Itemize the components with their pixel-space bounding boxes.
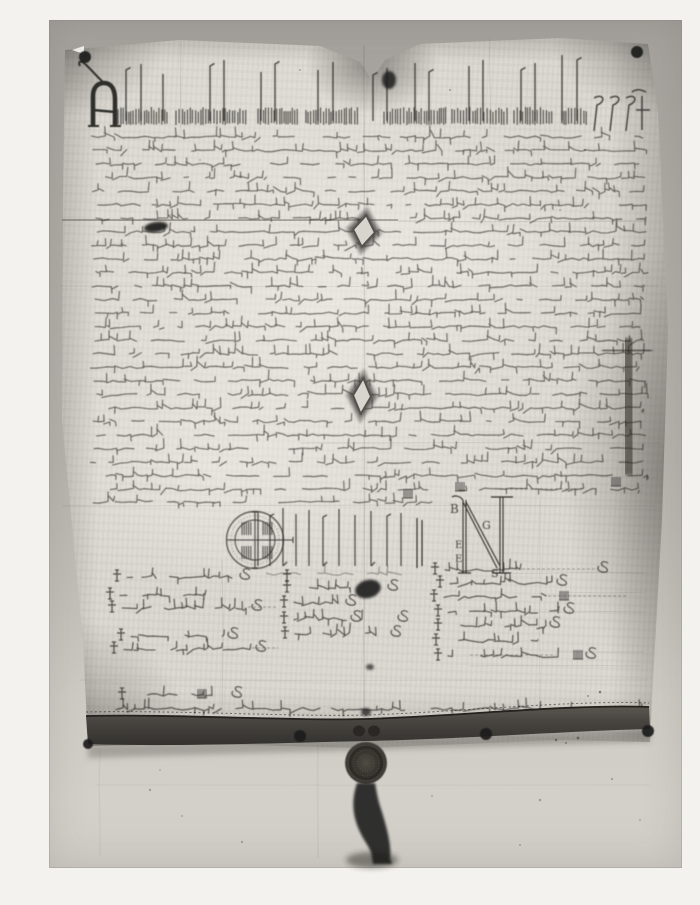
subscription-cross <box>431 563 439 574</box>
mounting-pin <box>79 51 91 63</box>
mounting-pin <box>631 46 643 58</box>
elongata-ascender <box>373 73 378 122</box>
dust-speck <box>599 691 602 694</box>
crease-line <box>398 221 645 222</box>
elongata-ascender <box>521 68 526 122</box>
script-line <box>93 181 645 198</box>
flourish-mark <box>586 648 596 658</box>
hatch-mark <box>197 689 207 698</box>
subscription-cross <box>283 581 291 592</box>
dust-speck <box>149 789 151 791</box>
signature-middle-column <box>280 579 408 640</box>
script-line <box>131 630 224 641</box>
script-line <box>448 648 558 658</box>
subscription-cross <box>280 612 288 623</box>
flourish-mark <box>557 575 567 585</box>
decorated-initial-letter <box>79 62 121 126</box>
ink-blot <box>366 664 374 670</box>
monogram-letter-g: G <box>482 519 491 532</box>
subscription-cross <box>434 619 442 630</box>
hatch-mark <box>403 489 413 498</box>
flourish-mark <box>391 626 401 636</box>
photo-page: B G E E S <box>0 0 700 905</box>
flourish-mark <box>240 569 250 579</box>
hatch-mark <box>455 482 465 491</box>
flourish-mark <box>398 611 408 621</box>
subscription-cross <box>108 601 116 612</box>
subscription-cross <box>118 688 126 699</box>
subscription-cross <box>434 649 442 660</box>
dust-speck <box>159 769 161 771</box>
dust-speck <box>555 739 557 741</box>
script-line <box>106 467 648 483</box>
mounting-pin <box>294 730 306 742</box>
subscription-underline <box>266 564 419 575</box>
dust-speck <box>519 844 521 846</box>
crease-line <box>470 665 640 666</box>
crease-line <box>60 286 658 287</box>
dust-speck <box>199 159 201 161</box>
script-line <box>96 156 639 171</box>
script-line <box>97 424 646 441</box>
crease-line <box>500 573 646 574</box>
right-edge-stain-crossbar <box>602 350 652 351</box>
flourish-mark <box>598 562 608 572</box>
crease-line <box>180 40 181 132</box>
subscription-cross <box>113 570 121 581</box>
script-line <box>310 579 351 592</box>
script-line <box>95 303 641 319</box>
elongata-end-glyph <box>626 96 635 131</box>
script-line <box>294 609 363 626</box>
fold-hole <box>346 209 381 253</box>
script-line <box>111 479 640 496</box>
elongata-final-glyph <box>632 90 650 130</box>
seal-bulla <box>349 746 383 780</box>
elongata-first-line <box>118 55 650 131</box>
dust-speck <box>181 815 183 817</box>
ink-blot <box>353 577 383 601</box>
flourish-mark <box>351 611 361 621</box>
crease-line <box>62 505 655 506</box>
monogram-letter-e2: E <box>455 554 462 565</box>
subscription-stroke <box>387 514 391 566</box>
subscription-cross <box>432 634 440 645</box>
subscription-cross <box>281 627 289 638</box>
monogram-letter-b: B <box>450 502 459 516</box>
seal-knot-right <box>368 726 380 737</box>
script-line <box>93 343 644 360</box>
seal-cord <box>353 783 392 864</box>
script-line <box>93 411 641 428</box>
dust-speck <box>577 737 580 740</box>
dust-speck <box>241 841 243 843</box>
ink-blot <box>382 71 396 89</box>
crease-line <box>520 612 646 613</box>
script-line <box>120 587 207 602</box>
script-line <box>95 290 643 307</box>
fold-hole <box>347 373 376 419</box>
flourish-mark <box>346 595 356 605</box>
subscription-cross <box>283 570 291 581</box>
rota-quadrant-text <box>242 546 251 559</box>
script-line <box>98 195 647 212</box>
dust-speck <box>539 799 542 802</box>
dust-speck <box>431 795 433 797</box>
script-line <box>461 616 546 634</box>
right-edge-stain <box>627 338 630 475</box>
elongata-end-glyph <box>610 96 619 131</box>
script-line <box>92 275 644 293</box>
script-line <box>106 167 645 185</box>
subscription-cross <box>110 642 118 653</box>
script-line <box>94 248 645 266</box>
seal-cord-shadow <box>346 852 398 868</box>
dust-speck <box>449 89 451 91</box>
subscription-stroke <box>371 511 375 566</box>
seal-knot-left <box>353 726 365 737</box>
dust-speck <box>565 742 567 744</box>
script-line <box>95 330 643 348</box>
script-line <box>294 595 338 606</box>
script-line <box>93 140 647 158</box>
hatch-mark <box>573 650 583 659</box>
dust-speck <box>587 695 589 697</box>
flourish-mark <box>232 687 242 697</box>
subscription-stroke <box>323 515 327 566</box>
dust-speck <box>611 778 613 780</box>
flourish-mark <box>388 580 398 590</box>
subscription-cross <box>430 590 438 601</box>
subscription-cross <box>280 596 288 607</box>
script-line <box>94 439 643 455</box>
script-line <box>448 602 559 618</box>
crease-line <box>222 560 223 714</box>
dust-speck <box>584 149 586 151</box>
dust-speck <box>639 819 641 821</box>
script-line <box>95 316 640 334</box>
script-line <box>124 638 251 654</box>
flourish-mark <box>228 628 238 638</box>
hatch-mark <box>611 477 621 486</box>
monogram-letter-e1: E <box>455 540 462 551</box>
script-line <box>444 589 546 602</box>
crease-line <box>99 748 100 856</box>
subscription-cross <box>434 605 442 616</box>
monogram-letter-s: S <box>491 567 499 580</box>
manuscript-artwork: B G E E S <box>0 0 700 905</box>
mounting-pin <box>642 725 654 737</box>
script-line <box>459 632 538 644</box>
flourish-mark <box>564 603 574 613</box>
flourish-mark <box>252 600 262 610</box>
subscription-cross <box>117 629 125 640</box>
flourish-mark <box>550 617 560 627</box>
flourish-mark <box>256 641 266 651</box>
subscription-stroke <box>283 508 287 566</box>
mounting-pin <box>83 739 93 749</box>
dust-speck <box>559 209 561 211</box>
body-text-lines <box>90 126 648 508</box>
crease-line <box>560 592 646 593</box>
script-line <box>91 126 642 144</box>
script-line <box>127 568 232 584</box>
script-line <box>90 452 642 469</box>
signature-right-column <box>430 559 628 660</box>
subscription-cross <box>106 588 114 599</box>
bene-valete-monogram <box>417 496 513 573</box>
hatch-mark <box>559 591 569 600</box>
mounting-pin <box>480 728 492 740</box>
script-line <box>122 598 246 615</box>
dust-speck <box>299 69 301 71</box>
script-line <box>96 262 648 278</box>
subscription-cross <box>436 576 444 587</box>
elongata-end-glyph <box>594 96 603 131</box>
script-line <box>450 573 552 587</box>
